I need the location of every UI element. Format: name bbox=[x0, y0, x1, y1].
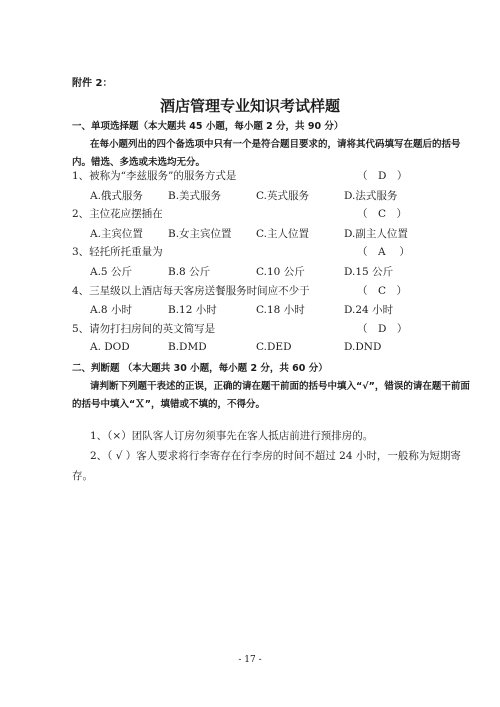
answer-3: （ A ） bbox=[357, 244, 410, 259]
option-4c: C.18 小时 bbox=[256, 302, 305, 317]
option-4a: A.8 小时 bbox=[90, 302, 132, 317]
section1-instruction-line1: 在每小题列出的四个备选项中只有一个是符合题目要求的，请将其代码填写在题后的括号 bbox=[90, 136, 461, 150]
option-3d: D.15 公斤 bbox=[344, 264, 393, 279]
answer-4: （ C ） bbox=[357, 283, 407, 298]
page-number: - 17 - bbox=[0, 655, 500, 665]
answer-2: （ C ） bbox=[357, 206, 407, 221]
option-1c: C.英式服务 bbox=[256, 188, 309, 203]
option-3c: C.10 公斤 bbox=[256, 264, 305, 279]
option-3a: A.5 公斤 bbox=[90, 264, 132, 279]
section1-heading: 一、单项选择题（本大题共 45 小题，每小题 2 分，共 90 分） bbox=[72, 118, 343, 132]
option-4d: D.24 小时 bbox=[344, 302, 393, 317]
section1-instruction-line2: 内。错选、多选或未选均无分。 bbox=[72, 154, 205, 168]
option-1a: A.俄式服务 bbox=[90, 188, 143, 203]
page-title: 酒店管理专业知识考试样题 bbox=[0, 95, 500, 116]
true-false-item-2: 2、（ √ ）客人要求将行李寄存在行李房的时间不超过 24 小时，一般称为短期寄 bbox=[90, 448, 461, 463]
option-5d: D.DND bbox=[344, 341, 381, 353]
question-1: 1、被称为“李兹服务”的服务方式是 bbox=[72, 168, 236, 183]
option-2b: B.女主宾位置 bbox=[168, 226, 232, 241]
option-1b: B.美式服务 bbox=[168, 188, 221, 203]
option-2a: A.主宾位置 bbox=[90, 226, 143, 241]
option-5a: A. DOD bbox=[90, 341, 130, 353]
section2-instruction-line1: 请判断下列题干表述的正误，正确的请在题干前面的括号中填入“√”，错误的请在题干前… bbox=[90, 378, 470, 392]
question-5: 5、请勿打扫房间的英文简写是 bbox=[72, 321, 215, 336]
section2-heading: 二、判断题 （本大题共 30 小题，每小题 2 分，共 60 分） bbox=[72, 360, 328, 374]
option-2d: D.副主人位置 bbox=[344, 226, 408, 241]
answer-1: （ D ） bbox=[357, 168, 407, 183]
true-false-item-1: 1、（×）团队客人订房勿须事先在客人抵店前进行预排房的。 bbox=[90, 428, 373, 443]
question-2: 2、主位花应摆插在 bbox=[72, 206, 163, 221]
question-4: 4、三星级以上酒店每天客房送餐服务时间应不少于 bbox=[72, 283, 310, 298]
option-5b: B.DMD bbox=[168, 341, 207, 353]
option-3b: B.8 公斤 bbox=[168, 264, 210, 279]
option-5c: C.DED bbox=[256, 341, 292, 353]
section2-instruction-line2: 的括号中填入“Ｘ”，填错或不填的，不得分。 bbox=[72, 396, 265, 410]
attachment-label: 附件 2： bbox=[72, 74, 112, 89]
answer-5: （ D ） bbox=[357, 321, 407, 336]
option-4b: B.12 小时 bbox=[168, 302, 217, 317]
true-false-item-2-continued: 存。 bbox=[72, 468, 93, 483]
option-2c: C.主人位置 bbox=[256, 226, 309, 241]
option-1d: D.法式服务 bbox=[344, 188, 397, 203]
question-3: 3、轻托所托重量为 bbox=[72, 244, 163, 259]
